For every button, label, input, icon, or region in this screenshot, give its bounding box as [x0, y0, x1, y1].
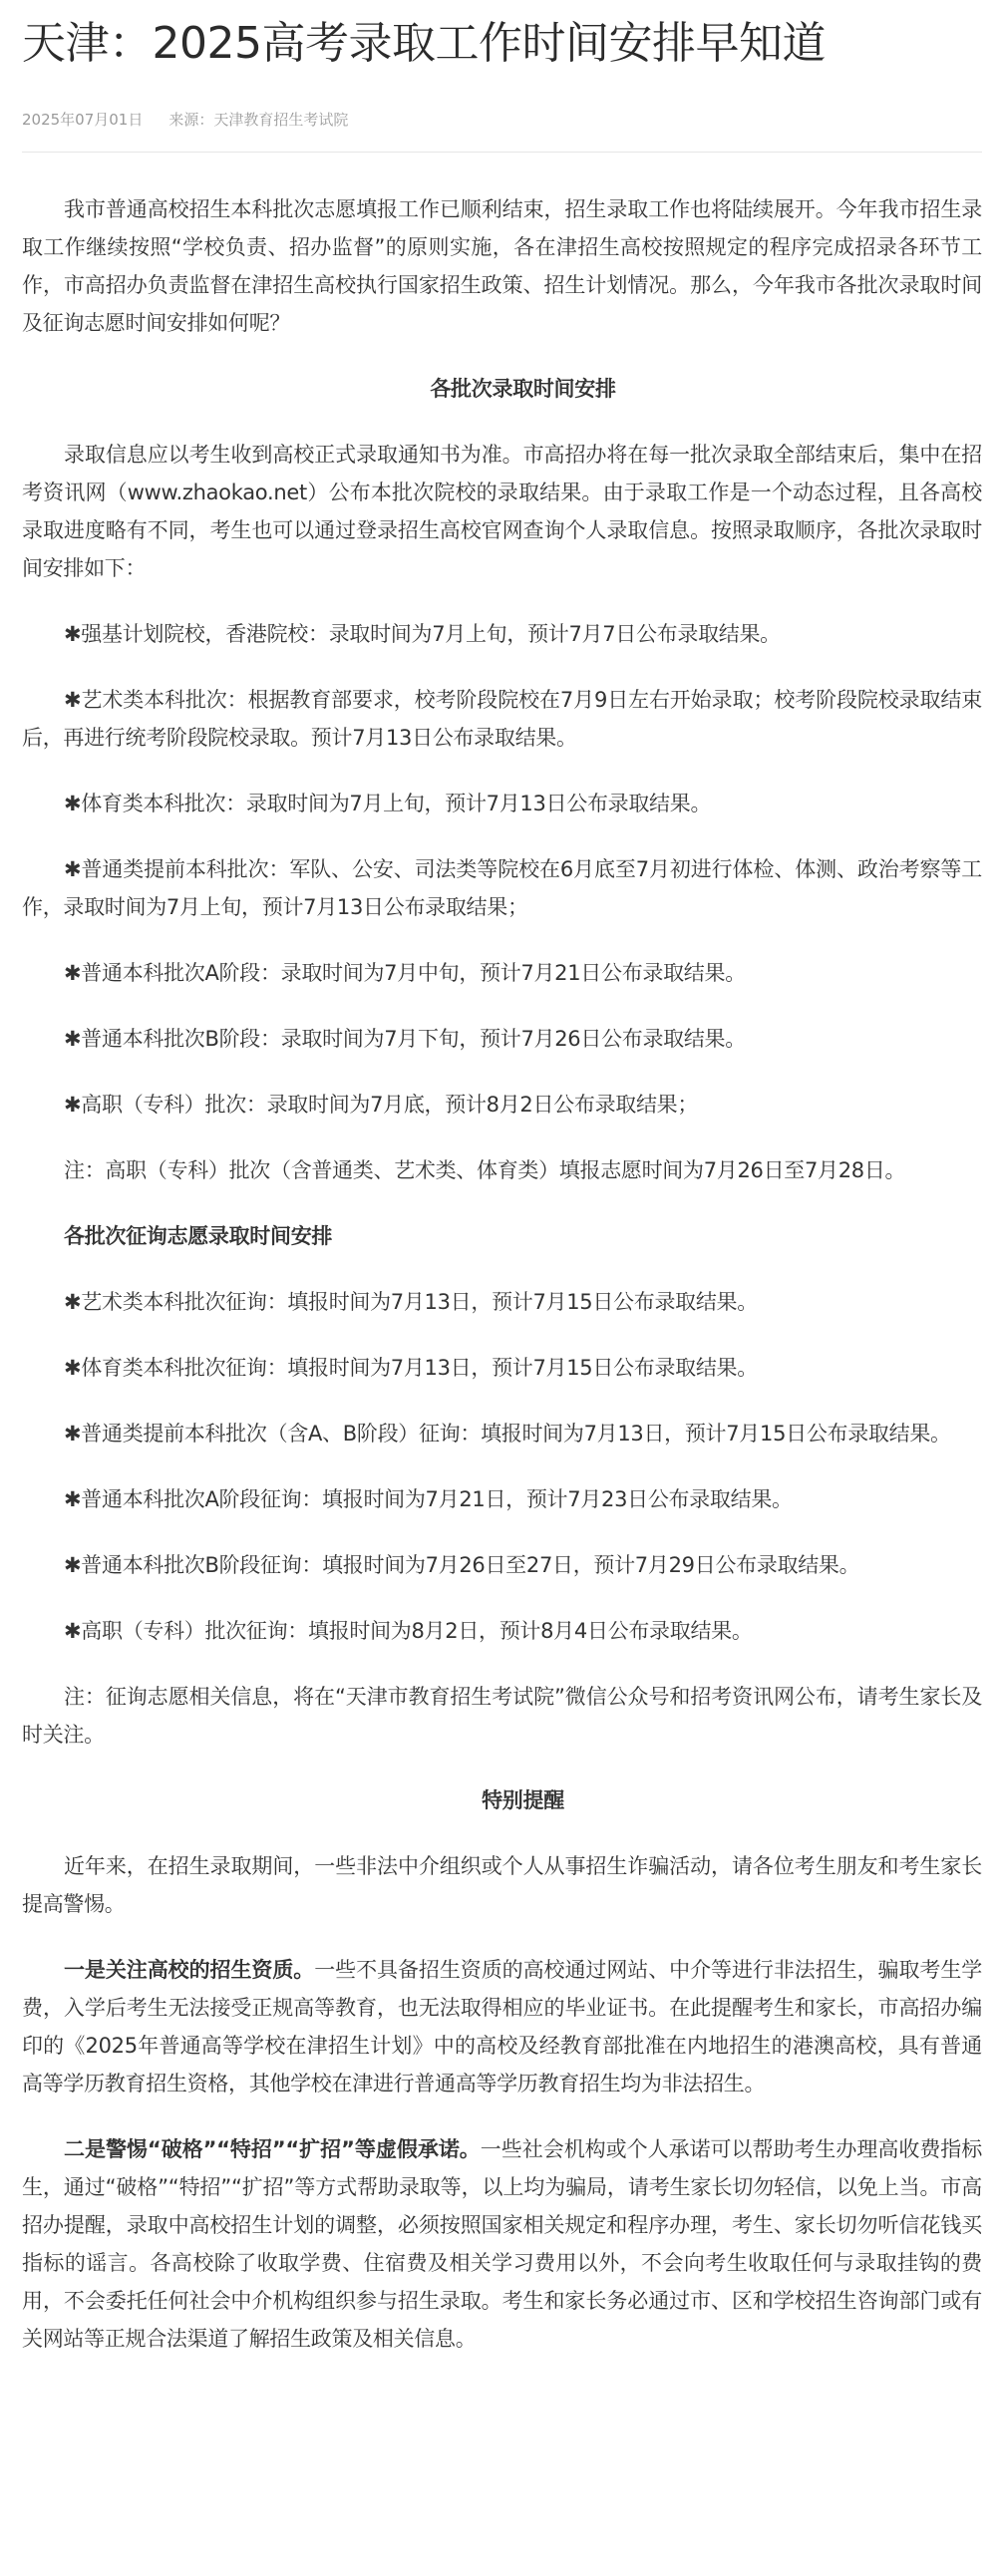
admission-note: 注：高职（专科）批次（含普通类、艺术类、体育类）填报志愿时间为7月26日至7月2… [22, 1151, 982, 1189]
reminder-point: 二是警惕“破格”“特招”“扩招”等虚假承诺。一些社会机构或个人承诺可以帮助考生办… [22, 2130, 982, 2358]
solicitation-item: ✱普通本科批次B阶段征询：填报时间为7月26日至27日，预计7月29日公布录取结… [22, 1546, 982, 1584]
admission-item: ✱普通本科批次A阶段：录取时间为7月中旬，预计7月21日公布录取结果。 [22, 954, 982, 992]
reminder-point-title: 一是关注高校的招生资质。 [64, 1958, 314, 1982]
solicitation-note: 注：征询志愿相关信息，将在“天津市教育招生考试院”微信公众号和招考资讯网公布，请… [22, 1678, 982, 1754]
solicitation-item: ✱普通本科批次A阶段征询：填报时间为7月21日，预计7月23日公布录取结果。 [22, 1480, 982, 1518]
bullet-star-icon: ✱ [64, 622, 81, 646]
publish-date: 2025年07月01日 [22, 111, 143, 129]
header-divider [22, 152, 982, 153]
bullet-star-icon: ✱ [64, 1356, 81, 1380]
bullet-star-icon: ✱ [64, 857, 81, 881]
section-heading-solicitation-schedule: 各批次征询志愿录取时间安排 [22, 1217, 982, 1255]
bullet-star-icon: ✱ [64, 961, 81, 985]
admission-item: ✱普通本科批次B阶段：录取时间为7月下旬，预计7月26日公布录取结果。 [22, 1020, 982, 1058]
article-meta: 2025年07月01日来源：天津教育招生考试院 [22, 110, 982, 130]
bullet-star-icon: ✱ [64, 792, 81, 815]
solicitation-item: ✱高职（专科）批次征询：填报时间为8月2日，预计8月4日公布录取结果。 [22, 1612, 982, 1650]
section-heading-special-reminder: 特别提醒 [22, 1781, 982, 1819]
admission-item: ✱体育类本科批次：录取时间为7月上旬，预计7月13日公布录取结果。 [22, 785, 982, 822]
reminder-intro: 近年来，在招生录取期间，一些非法中介组织或个人从事招生诈骗活动，请各位考生朋友和… [22, 1847, 982, 1923]
admission-lead-paragraph: 录取信息应以考生收到高校正式录取通知书为准。市高招办将在每一批次录取全部结束后，… [22, 436, 982, 587]
admission-item: ✱高职（专科）批次：录取时间为7月底，预计8月2日公布录取结果； [22, 1086, 982, 1124]
solicitation-item: ✱普通类提前本科批次（含A、B阶段）征询：填报时间为7月13日，预计7月15日公… [22, 1415, 982, 1452]
bullet-star-icon: ✱ [64, 688, 81, 712]
reminder-point: 一是关注高校的招生资质。一些不具备招生资质的高校通过网站、中介等进行非法招生，骗… [22, 1951, 982, 2102]
section-heading-admission-schedule: 各批次录取时间安排 [22, 370, 982, 408]
bullet-star-icon: ✱ [64, 1619, 81, 1643]
solicitation-item: ✱体育类本科批次征询：填报时间为7月13日，预计7月15日公布录取结果。 [22, 1349, 982, 1387]
article: 天津：2025高考录取工作时间安排早知道 2025年07月01日来源：天津教育招… [0, 0, 1000, 2358]
admission-item: ✱艺术类本科批次：根据教育部要求，校考阶段院校在7月9日左右开始录取；校考阶段院… [22, 681, 982, 757]
solicitation-item: ✱艺术类本科批次征询：填报时间为7月13日，预计7月15日公布录取结果。 [22, 1283, 982, 1321]
bullet-star-icon: ✱ [64, 1290, 81, 1314]
article-body: 我市普通高校招生本科批次志愿填报工作已顺利结束，招生录取工作也将陆续展开。今年我… [22, 161, 982, 2358]
bullet-star-icon: ✱ [64, 1093, 81, 1117]
article-title: 天津：2025高考录取工作时间安排早知道 [22, 0, 982, 72]
bullet-star-icon: ✱ [64, 1487, 81, 1511]
bullet-star-icon: ✱ [64, 1553, 81, 1577]
intro-paragraph: 我市普通高校招生本科批次志愿填报工作已顺利结束，招生录取工作也将陆续展开。今年我… [22, 190, 982, 342]
bullet-star-icon: ✱ [64, 1422, 81, 1446]
article-source: 来源：天津教育招生考试院 [168, 111, 348, 129]
admission-item: ✱普通类提前本科批次：军队、公安、司法类等院校在6月底至7月初进行体检、体测、政… [22, 850, 982, 926]
reminder-point-title: 二是警惕“破格”“特招”“扩招”等虚假承诺。 [64, 2137, 481, 2161]
bullet-star-icon: ✱ [64, 1027, 81, 1051]
admission-item: ✱强基计划院校，香港院校：录取时间为7月上旬，预计7月7日公布录取结果。 [22, 615, 982, 653]
